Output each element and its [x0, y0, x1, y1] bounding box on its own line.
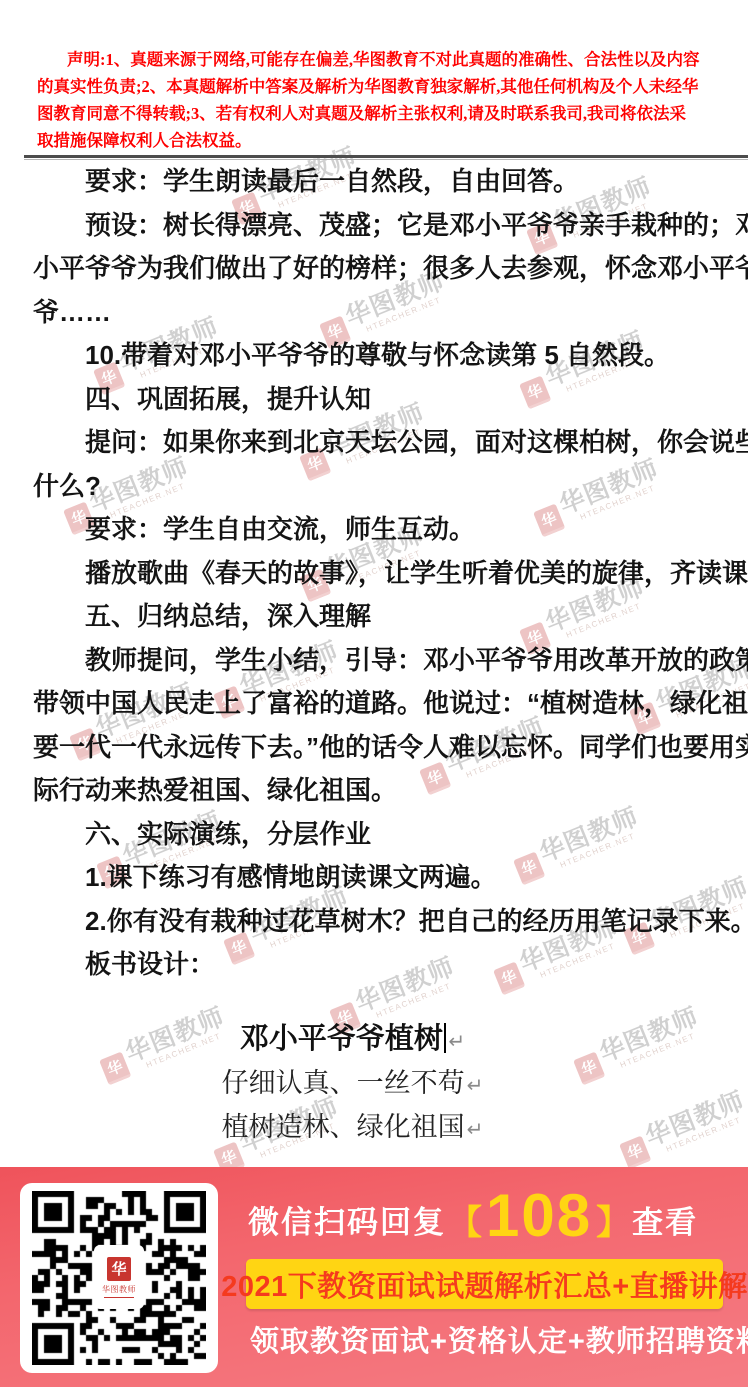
banner-line3-text: 领取教资面试+资格认定+教师招聘资料 — [250, 1319, 748, 1360]
board-line-text: 仔细认真、一丝不苟 — [222, 1068, 465, 1098]
return-mark-icon: ↵ — [467, 1075, 484, 1097]
body-line: 教师提问，学生小结，引导：邓小平爷爷用改革开放的政策， — [33, 639, 722, 683]
body-line: 板书设计： — [33, 943, 722, 987]
body-line: 四、巩固拓展，提升认知 — [33, 378, 722, 422]
board-title: 邓小平爷爷植树 — [240, 1023, 443, 1055]
return-mark-icon: ↵ — [467, 1119, 484, 1141]
body-line: 播放歌曲《春天的故事》，让学生听着优美的旋律，齐读课文。 — [33, 552, 722, 596]
body-line: 小平爷爷为我们做出了好的榜样；很多人去参观，怀念邓小平爷 — [33, 247, 722, 291]
body-line: 什么? — [33, 465, 722, 509]
board-line-text: 植树造林、绿化祖国 — [222, 1112, 465, 1142]
disclaimer-line: 取措施保障权利人合法权益。 — [37, 127, 746, 154]
banner-line1: 微信扫码回复 【 108 】 查看 — [248, 1181, 698, 1257]
board-title-line: 邓小平爷爷植树↵ — [33, 1017, 672, 1061]
promo-banner: 华 华图教师 微信扫码回复 【 108 】 查看 2021下教资面试试题解析汇总… — [0, 1167, 748, 1387]
body-line: 要一代一代永远传下去。”他的话令人难以忘怀。同学们也要用实 — [33, 726, 722, 770]
banner-line2-text: 2021下教资面试试题解析汇总+直播讲解 — [221, 1264, 747, 1305]
bracket-close: 】 — [596, 1195, 630, 1244]
document-lines: 要求：学生朗读最后一自然段，自由回答。预设：树长得漂亮、茂盛；它是邓小平爷爷亲手… — [33, 160, 722, 987]
body-line: 2.你有没有栽种过花草树木？把自己的经历用笔记录下来。 — [33, 900, 722, 944]
text-cursor — [444, 1023, 447, 1053]
body-line: 10.带着对邓小平爷爷的尊敬与怀念读第 5 自然段。 — [33, 334, 722, 378]
disclaimer-line: 的真实性负责;2、本真题解析中答案及解析为华图教育独家解析,其他任何机构及个人未… — [37, 73, 746, 100]
banner-line1-prefix: 微信扫码回复 — [248, 1197, 446, 1242]
disclaimer-line: 声明:1、真题来源于网络,可能存在偏差,华图教育不对此真题的准确性、合法性以及内… — [37, 46, 746, 73]
bracket-open: 【 — [448, 1195, 482, 1244]
qr-logo-text: 华图教师 — [102, 1284, 136, 1295]
qr-logo-divider — [104, 1297, 134, 1298]
banner-line1-suffix: 查看 — [632, 1197, 698, 1242]
body-line: 要求：学生自由交流，师生互动。 — [33, 508, 722, 552]
banner-highlight-box: 2021下教资面试试题解析汇总+直播讲解 — [246, 1259, 723, 1309]
document-page: 华华图教师HTEACHER.NET华华图教师HTEACHER.NET华华图教师H… — [0, 0, 748, 1387]
disclaimer-line: 图教育同意不得转载;3、若有权利人对真题及解析主张权利,请及时联系我司,我司将依… — [37, 100, 746, 127]
disclaimer-label: 声明: — [67, 50, 106, 69]
reply-code: 108 — [486, 1186, 592, 1246]
qr-code-box: 华 华图教师 — [20, 1183, 218, 1373]
body-line: 提问：如果你来到北京天坛公园，面对这棵柏树，你会说些 — [33, 421, 722, 465]
document-edit-area[interactable]: 要求：学生朗读最后一自然段，自由回答。预设：树长得漂亮、茂盛；它是邓小平爷爷亲手… — [33, 160, 722, 1149]
qr-center-logo: 华 华图教师 — [96, 1247, 142, 1307]
body-line: 六、实际演练，分层作业 — [33, 813, 722, 857]
body-line: 际行动来热爱祖国、绿化祖国。 — [33, 769, 722, 813]
board-design: 邓小平爷爷植树↵ 仔细认真、一丝不苟↵ 植树造林、绿化祖国↵ — [33, 1017, 722, 1149]
body-line: 预设：树长得漂亮、茂盛；它是邓小平爷爷亲手栽种的；邓 — [33, 204, 722, 248]
board-line: 仔细认真、一丝不苟↵ — [33, 1061, 672, 1105]
body-line: 1.课下练习有感情地朗读课文两遍。 — [33, 856, 722, 900]
huatu-logo-icon: 华 — [107, 1257, 131, 1281]
body-line: 爷…… — [33, 291, 722, 335]
body-line: 带领中国人民走上了富裕的道路。他说过：“植树造林，绿化祖国， — [33, 682, 722, 726]
body-line: 要求：学生朗读最后一自然段，自由回答。 — [33, 160, 722, 204]
return-mark-icon: ↵ — [448, 1031, 465, 1053]
disclaimer: 声明:1、真题来源于网络,可能存在偏差,华图教育不对此真题的准确性、合法性以及内… — [37, 46, 746, 154]
body-line: 五、归纳总结，深入理解 — [33, 595, 722, 639]
disclaimer-text: 1、真题来源于网络,可能存在偏差,华图教育不对此真题的准确性、合法性以及内容 — [106, 50, 700, 69]
board-line: 植树造林、绿化祖国↵ — [33, 1105, 672, 1149]
